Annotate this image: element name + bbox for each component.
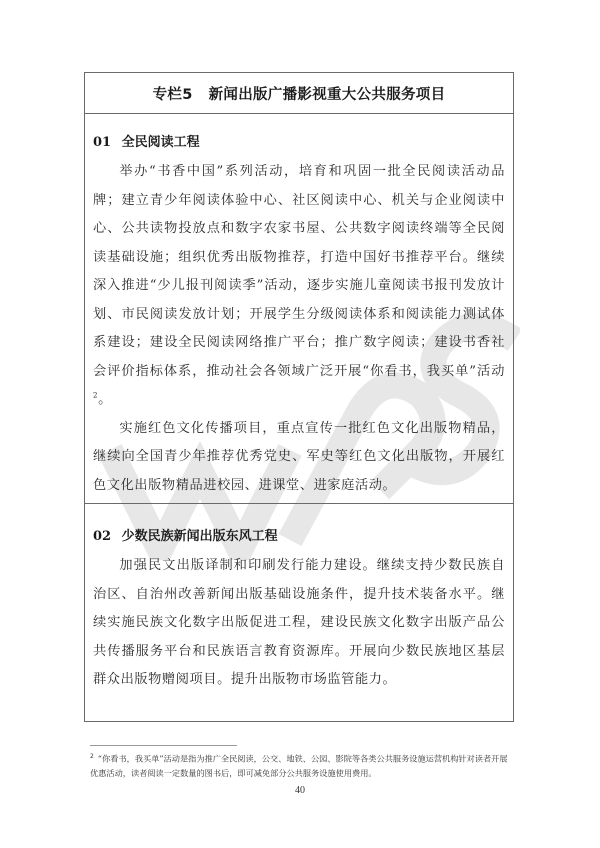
page-number: 40 <box>0 785 600 796</box>
box-title: 专栏5 新闻出版广播影视重大公共服务项目 <box>85 73 513 114</box>
section-code: 01 <box>93 135 111 150</box>
footnote: 2“你看书，我买单”活动是指为推广全民阅读，公交、地铁、公园、影院等各类公共服务… <box>90 750 510 780</box>
section-reading-project: 01 全民阅读工程 举办“书香中国”系列活动，培育和巩固一批全民阅读活动品牌；建… <box>85 114 513 504</box>
box-title-number: 专栏5 <box>153 83 193 104</box>
section-title: 全民阅读工程 <box>122 135 200 150</box>
paragraph: 加强民文出版译制和印刷发行能力建设。继续支持少数民族自治区、自治州改善新闻出版基… <box>93 552 505 695</box>
paragraph-text: 加强民文出版译制和印刷发行能力建设。继续支持少数民族自治区、自治州改善新闻出版基… <box>93 558 505 687</box>
paragraph-text: 实施红色文化传播项目，重点宣传一批红色文化出版物精品，继续向全国青少年推荐优秀党… <box>93 421 505 493</box>
section-ethnic-publishing-project: 02 少数民族新闻出版东风工程 加强民文出版译制和印刷发行能力建设。继续支持少数… <box>85 504 513 695</box>
box-title-text: 新闻出版广播影视重大公共服务项目 <box>209 83 446 104</box>
paragraph: 举办“书香中国”系列活动，培育和巩固一批全民阅读活动品牌；建立青少年阅读体验中心… <box>93 158 505 415</box>
footnote-text: “你看书，我买单”活动是指为推广全民阅读，公交、地铁、公园、影院等各类公共服务设… <box>90 754 508 778</box>
paragraph-text: 举办“书香中国”系列活动，培育和巩固一批全民阅读活动品牌；建立青少年阅读体验中心… <box>93 164 505 379</box>
feature-box: 专栏5 新闻出版广播影视重大公共服务项目 01 全民阅读工程 举办“书香中国”系… <box>84 72 514 722</box>
section-heading: 02 少数民族新闻出版东风工程 <box>93 504 505 548</box>
paragraph: 实施红色文化传播项目，重点宣传一批红色文化出版物精品，继续向全国青少年推荐优秀党… <box>93 415 505 501</box>
section-code: 02 <box>93 529 111 544</box>
document-page: 专栏5 新闻出版广播影视重大公共服务项目 01 全民阅读工程 举办“书香中国”系… <box>0 0 600 848</box>
section-title: 少数民族新闻出版东风工程 <box>122 529 278 544</box>
paragraph-tail: 。 <box>98 392 112 407</box>
footnote-divider <box>90 745 237 746</box>
footnote-mark: 2 <box>90 753 94 760</box>
section-heading: 01 全民阅读工程 <box>93 114 505 154</box>
